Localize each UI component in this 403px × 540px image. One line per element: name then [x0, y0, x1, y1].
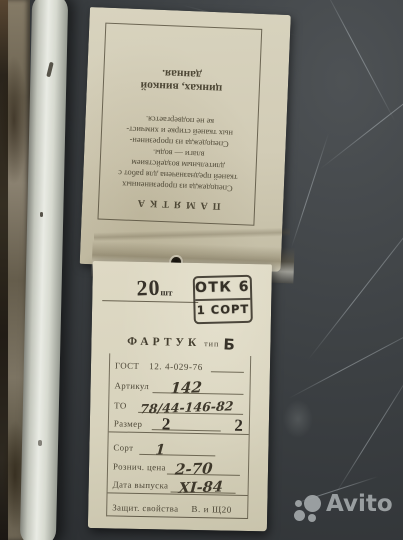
- memo-paragraph: Спецодежда из прорезиненных тканей предн…: [105, 112, 253, 195]
- avito-logo-dots: [294, 494, 324, 524]
- memo-border-frame: ПАМЯТКА Спецодежда из прорезиненных ткан…: [97, 23, 262, 226]
- wood-stain: [0, 55, 28, 185]
- quantity-value: 20: [136, 275, 161, 302]
- field-row-grade: Сорт 1: [113, 437, 244, 459]
- avito-wordmark: Avito: [326, 491, 393, 517]
- otk-stamp-line1: ОТК 6: [195, 277, 250, 299]
- spec-page: 20шт ОТК 6 1 СОРТ ФАРТУК тип Б ГОСТ 12. …: [88, 261, 272, 531]
- logo-dot: [294, 510, 305, 521]
- scratch-mark: [308, 201, 403, 359]
- field-label: Размер: [114, 418, 143, 429]
- scratch-mark: [320, 52, 403, 170]
- product-name: ФАРТУК: [127, 336, 200, 349]
- field-label: Рознич. цена: [113, 461, 166, 472]
- scratch-mark: [335, 367, 403, 495]
- memo-bold-footer: цинках, винкой данная.: [109, 64, 255, 96]
- quantity-unit: шт: [160, 287, 172, 297]
- handwritten-value: 142: [170, 378, 203, 397]
- field-label: Дата выпуска: [113, 479, 169, 490]
- field-label: ТО: [114, 400, 127, 410]
- field-row-gost: ГОСТ 12. 4-029-76: [115, 355, 246, 377]
- spec-table: ГОСТ 12. 4-029-76 Артикул 142 ТО 78/44-1…: [106, 353, 251, 519]
- scratch-mark: [291, 133, 329, 247]
- scuff-mark: [40, 212, 43, 217]
- field-label: ГОСТ: [115, 360, 139, 370]
- quantity-underline: [102, 300, 198, 303]
- product-type-label: тип: [204, 339, 219, 348]
- photo-scene: ПАМЯТКА Спецодежда из прорезиненных ткан…: [0, 0, 403, 540]
- field-underline: [139, 454, 215, 456]
- field-underline: [211, 371, 244, 373]
- quantity-note: 20шт: [136, 275, 173, 302]
- product-title: ФАРТУК тип Б: [91, 331, 270, 354]
- logo-dot: [304, 495, 321, 512]
- avito-watermark: Avito: [294, 490, 398, 530]
- field-row-protection: Защит. свойства В. и Щ20: [112, 497, 243, 519]
- surface-smudge: [283, 400, 313, 438]
- otk-stamp-line2: 1 СОРТ: [195, 298, 250, 320]
- field-label: Защит. свойства: [112, 502, 178, 513]
- scratch-mark: [324, 0, 395, 122]
- scratch-mark: [289, 323, 403, 399]
- handwritten-value: 1: [155, 442, 166, 458]
- field-label: Сорт: [113, 442, 133, 452]
- field-row-article: Артикул 142: [114, 375, 245, 397]
- otk-stamp: ОТК 6 1 СОРТ: [193, 275, 253, 324]
- product-type-stamp: Б: [223, 335, 235, 354]
- scuff-mark: [38, 440, 42, 446]
- field-value: 12. 4-029-76: [149, 361, 203, 372]
- field-label: Артикул: [115, 380, 150, 391]
- logo-dot: [308, 514, 316, 522]
- logo-dot: [295, 500, 302, 507]
- memo-heading: ПАМЯТКА: [104, 196, 249, 213]
- field-value: В. и Щ20: [191, 504, 232, 515]
